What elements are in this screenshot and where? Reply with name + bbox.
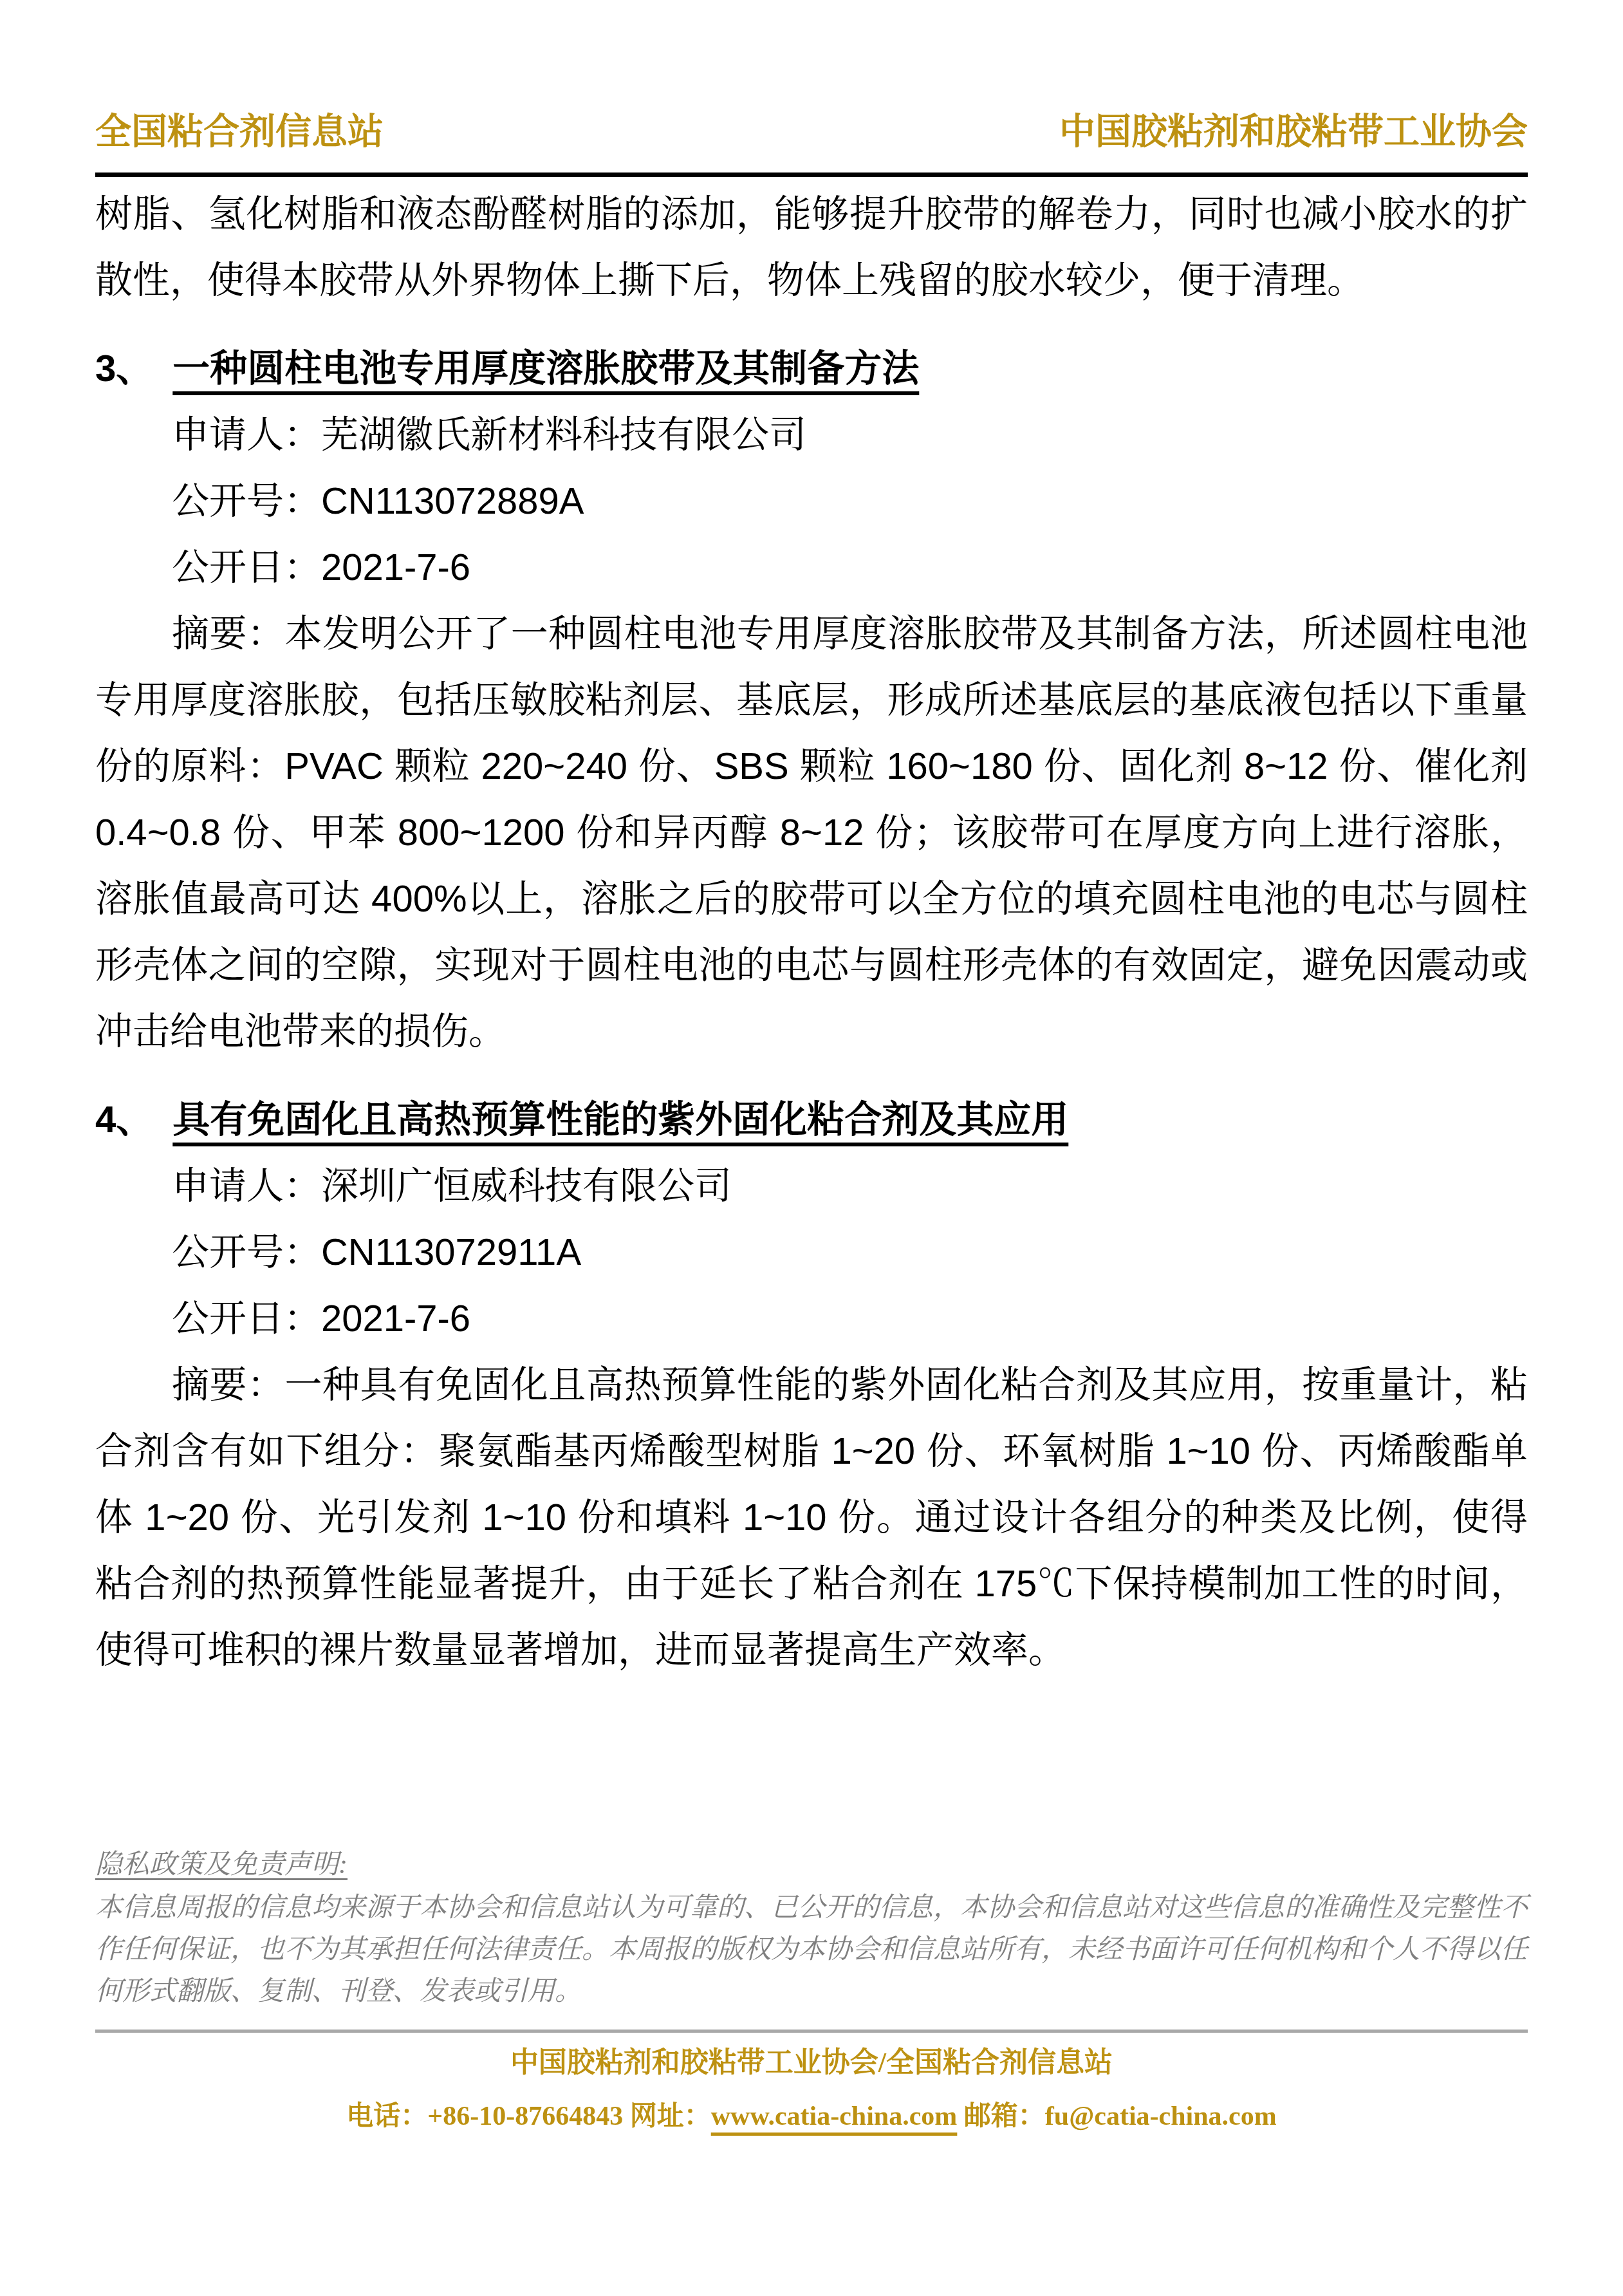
patent-3-abstract: 摘要：本发明公开了一种圆柱电池专用厚度溶胀胶带及其制备方法，所述圆柱电池专用厚度… — [95, 601, 1528, 1065]
intro-paragraph: 树脂、氢化树脂和液态酚醛树脂的添加，能够提升胶带的解卷力，同时也减小胶水的扩散性… — [95, 181, 1528, 313]
header-divider — [95, 173, 1528, 177]
patent-3-publication-number-line: 公开号：CN113072889A — [95, 468, 1528, 534]
phone-label: 电话： — [346, 2102, 427, 2131]
applicant-value: 深圳广恒威科技有限公司 — [321, 1165, 732, 1207]
applicant-value: 芜湖徽氏新材料科技有限公司 — [321, 414, 806, 456]
patent-4-heading: 4、具有免固化且高热预算性能的紫外固化粘合剂及其应用 — [95, 1087, 1528, 1153]
disclaimer-body: 本信息周报的信息均来源于本协会和信息站认为可靠的、已公开的信息，本协会和信息站对… — [95, 1887, 1528, 2013]
phone-value: +86-10-87664843 — [427, 2102, 629, 2131]
footer-organization-line: 中国胶粘剂和胶粘带工业协会/全国粘合剂信息站 — [95, 2044, 1528, 2082]
patent-section-4: 4、具有免固化且高热预算性能的紫外固化粘合剂及其应用 申请人：深圳广恒威科技有限… — [95, 1087, 1528, 1683]
privacy-disclaimer: 隐私政策及免责声明: 本信息周报的信息均来源于本协会和信息站认为可靠的、已公开的… — [95, 1844, 1528, 2013]
patent-3-heading: 3、一种圆柱电池专用厚度溶胀胶带及其制备方法 — [95, 335, 1528, 402]
header-right-association-name: 中国胶粘剂和胶粘带工业协会 — [1059, 109, 1528, 154]
page-header: 全国粘合剂信息站 中国胶粘剂和胶粘带工业协会 — [95, 109, 1528, 154]
document-page: 全国粘合剂信息站 中国胶粘剂和胶粘带工业协会 树脂、氢化树脂和液态酚醛树脂的添加… — [0, 0, 1623, 2296]
patent-section-3: 3、一种圆柱电池专用厚度溶胀胶带及其制备方法 申请人：芜湖徽氏新材料科技有限公司… — [95, 335, 1528, 1065]
patent-4-publication-number-line: 公开号：CN113072911A — [95, 1219, 1528, 1285]
publication-number-label: 公开号： — [172, 480, 321, 522]
publication-date-value: 2021-7-6 — [321, 546, 470, 588]
website-label: 网址： — [630, 2102, 711, 2131]
publication-number-value: CN113072911A — [321, 1231, 581, 1273]
patent-4-title: 具有免固化且高热预算性能的紫外固化粘合剂及其应用 — [172, 1099, 1068, 1141]
patent-3-title: 一种圆柱电池专用厚度溶胀胶带及其制备方法 — [172, 348, 919, 389]
publication-number-label: 公开号： — [172, 1231, 321, 1273]
footer-divider — [95, 2030, 1528, 2033]
patent-4-publication-date-line: 公开日：2021-7-6 — [95, 1285, 1528, 1352]
patent-3-applicant-line: 申请人：芜湖徽氏新材料科技有限公司 — [95, 402, 1528, 468]
patent-3-number: 3、 — [95, 348, 153, 389]
publication-date-label: 公开日： — [172, 1298, 321, 1339]
patent-4-abstract: 摘要：一种具有免固化且高热预算性能的紫外固化粘合剂及其应用，按重量计，粘合剂含有… — [95, 1352, 1528, 1683]
publication-date-value: 2021-7-6 — [321, 1298, 470, 1339]
patent-4-number: 4、 — [95, 1099, 153, 1141]
header-left-site-name: 全国粘合剂信息站 — [95, 109, 384, 154]
disclaimer-title: 隐私政策及免责声明: — [95, 1844, 1528, 1886]
patent-3-publication-date-line: 公开日：2021-7-6 — [95, 534, 1528, 601]
email-label: 邮箱： — [957, 2102, 1045, 2131]
applicant-label: 申请人： — [172, 1165, 321, 1207]
publication-date-label: 公开日： — [172, 546, 321, 588]
email-value: fu@catia-china.com — [1045, 2102, 1277, 2131]
publication-number-value: CN113072889A — [321, 480, 584, 522]
patent-4-applicant-line: 申请人：深圳广恒威科技有限公司 — [95, 1153, 1528, 1219]
website-link[interactable]: www.catia-china.com — [711, 2102, 958, 2131]
footer-contact-line: 电话：+86-10-87664843 网址：www.catia-china.co… — [95, 2098, 1528, 2134]
applicant-label: 申请人： — [172, 414, 321, 456]
